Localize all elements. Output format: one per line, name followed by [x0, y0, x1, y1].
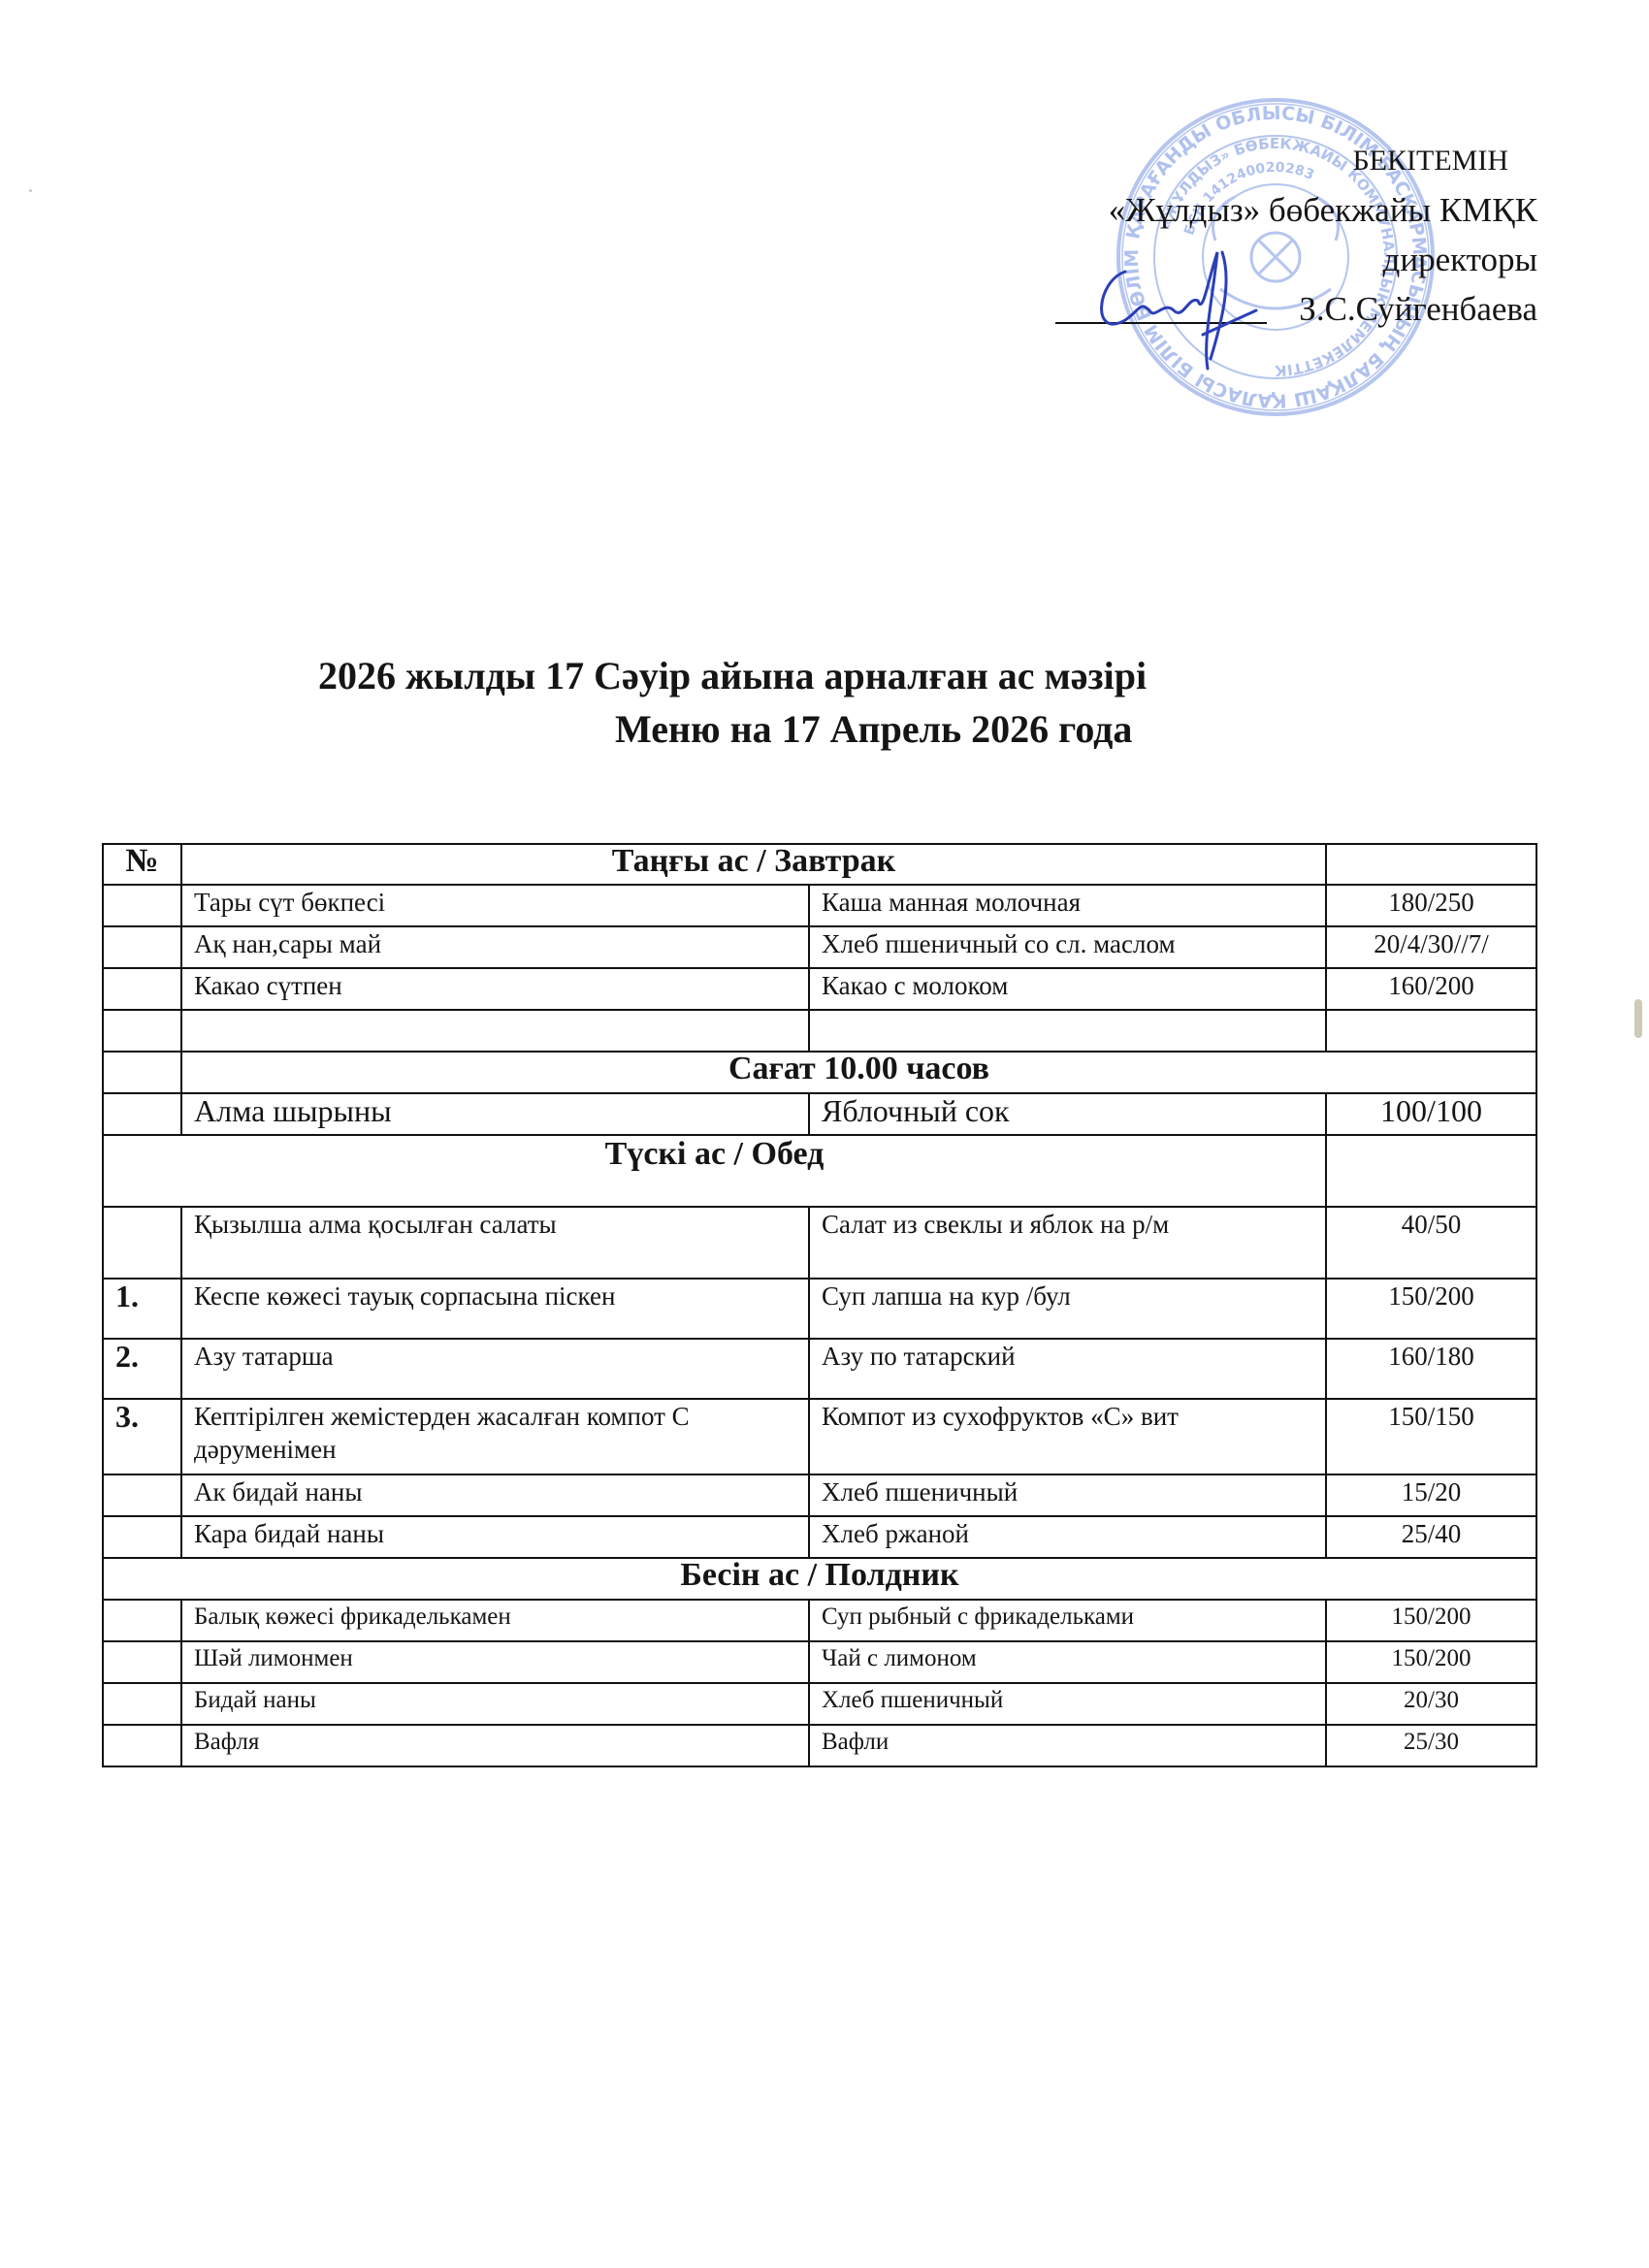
dish-kazakh: Алма шырыны [181, 1093, 809, 1135]
dish-kazakh: Вафля [181, 1725, 809, 1766]
dish-kazakh: Кеспе көжесі тауық сорпасына піскен [181, 1279, 809, 1339]
dish-kazakh: Азу татарша [181, 1339, 809, 1399]
row-number [103, 1207, 181, 1279]
dish-russian: Чай с лимоном [809, 1641, 1326, 1683]
dish-russian: Хлеб пшеничный со сл. маслом [809, 926, 1326, 968]
dish-kazakh: Балық көжесі фрикаделькамен [181, 1600, 809, 1641]
signature [1096, 243, 1280, 378]
dish-weight: 100/100 [1326, 1093, 1536, 1135]
section-snack: Сағат 10.00 часов [181, 1052, 1536, 1093]
dish-russian: Вафли [809, 1725, 1326, 1766]
table-row: Ақ нан,сары май Хлеб пшеничный со сл. ма… [103, 926, 1536, 968]
weight-cell [1326, 1135, 1536, 1207]
table-row: 2. Азу татарша Азу по татарский 160/180 [103, 1339, 1536, 1399]
row-number: 2. [103, 1339, 181, 1399]
dish-weight: 40/50 [1326, 1207, 1536, 1279]
dish-kazakh: Кара бидай наны [181, 1516, 809, 1558]
table-row: Ак бидай наны Хлеб пшеничный 15/20 [103, 1474, 1536, 1516]
dish-kazakh: Тары сүт бөкпесі [181, 885, 809, 926]
dish-russian: Азу по татарский [809, 1339, 1326, 1399]
section-afternoon: Бесін ас / Полдник [103, 1558, 1536, 1600]
dish-russian: Суп рыбный с фрикадельками [809, 1600, 1326, 1641]
row-number [103, 1600, 181, 1641]
row-number [103, 1683, 181, 1725]
dish-weight: 25/30 [1326, 1725, 1536, 1766]
section-breakfast: Таңғы ас / Завтрак [181, 844, 1326, 885]
table-row: 3. Кептірілген жемістерден жасалған комп… [103, 1399, 1536, 1474]
dish-russian: Суп лапша на кур /бул [809, 1279, 1326, 1339]
section-lunch: Түскі ас / Обед [103, 1135, 1326, 1207]
dish-kazakh: Какао сүтпен [181, 968, 809, 1010]
dish-weight: 160/200 [1326, 968, 1536, 1010]
table-row: Какао сүтпен Какао с молоком 160/200 [103, 968, 1536, 1010]
table-row: Алма шырыны Яблочный сок 100/100 [103, 1093, 1536, 1135]
dish-kazakh: Кептірілген жемістерден жасалған компот … [181, 1399, 809, 1474]
menu-title-russian: Меню на 17 Апрель 2026 года [0, 706, 1649, 752]
menu-table: № Таңғы ас / Завтрак Тары сүт бөкпесі Ка… [102, 843, 1537, 1767]
menu-title-kazakh: 2026 жылды 17 Сәуір айына арналған ас мә… [0, 653, 1649, 698]
table-row: Бидай наны Хлеб пшеничный 20/30 [103, 1683, 1536, 1725]
table-row: Шәй лимонмен Чай с лимоном 150/200 [103, 1641, 1536, 1683]
dish-kazakh: Бидай наны [181, 1683, 809, 1725]
row-number [103, 885, 181, 926]
dish-kazakh: Ақ нан,сары май [181, 926, 809, 968]
dish-kazakh: Шәй лимонмен [181, 1641, 809, 1683]
table-row: Қызылша алма қосылған салаты Салат из св… [103, 1207, 1536, 1279]
dish-russian: Хлеб ржаной [809, 1516, 1326, 1558]
row-number [103, 1052, 181, 1093]
dish-weight: 150/150 [1326, 1399, 1536, 1474]
row-number [103, 1725, 181, 1766]
number-column-header: № [103, 844, 181, 885]
dish-russian: Хлеб пшеничный [809, 1683, 1326, 1725]
dish-russian [809, 1010, 1326, 1052]
table-row: 1. Кеспе көжесі тауық сорпасына піскен С… [103, 1279, 1536, 1339]
row-number: 1. [103, 1279, 181, 1339]
dish-weight: 20/30 [1326, 1683, 1536, 1725]
row-number [103, 1010, 181, 1052]
scan-mark [29, 189, 32, 192]
table-row: Балық көжесі фрикаделькамен Суп рыбный с… [103, 1600, 1536, 1641]
dish-russian: Каша манная молочная [809, 885, 1326, 926]
afternoon-header-row: Бесін ас / Полдник [103, 1558, 1536, 1600]
weight-cell [1326, 844, 1536, 885]
table-row: Тары сүт бөкпесі Каша манная молочная 18… [103, 885, 1536, 926]
row-number [103, 1093, 181, 1135]
dish-kazakh: Ак бидай наны [181, 1474, 809, 1516]
row-number [103, 1474, 181, 1516]
row-number [103, 968, 181, 1010]
row-number [103, 926, 181, 968]
dish-weight: 25/40 [1326, 1516, 1536, 1558]
dish-kazakh: Қызылша алма қосылған салаты [181, 1207, 809, 1279]
dish-russian: Салат из свеклы и яблок на р/м [809, 1207, 1326, 1279]
dish-weight: 150/200 [1326, 1641, 1536, 1683]
row-number [103, 1641, 181, 1683]
dish-weight: 15/20 [1326, 1474, 1536, 1516]
dish-kazakh [181, 1010, 809, 1052]
dish-weight: 180/250 [1326, 885, 1536, 926]
dish-russian: Какао с молоком [809, 968, 1326, 1010]
dish-russian: Хлеб пшеничный [809, 1474, 1326, 1516]
dish-weight: 150/200 [1326, 1600, 1536, 1641]
approval-organization: «Жұлдыз» бөбекжайы КМҚК [1109, 185, 1537, 235]
table-row: Кара бидай наны Хлеб ржаной 25/40 [103, 1516, 1536, 1558]
dish-russian: Яблочный сок [809, 1093, 1326, 1135]
scan-mark [1634, 999, 1642, 1038]
snack-header-row: Сағат 10.00 часов [103, 1052, 1536, 1093]
table-row: Вафля Вафли 25/30 [103, 1725, 1536, 1766]
lunch-header-row: Түскі ас / Обед [103, 1135, 1536, 1207]
row-number: 3. [103, 1399, 181, 1474]
dish-weight [1326, 1010, 1536, 1052]
table-row-empty [103, 1010, 1536, 1052]
breakfast-header-row: № Таңғы ас / Завтрак [103, 844, 1536, 885]
dish-weight: 150/200 [1326, 1279, 1536, 1339]
dish-weight: 20/4/30//7/ [1326, 926, 1536, 968]
approval-heading: БЕКІТЕМІН [1109, 136, 1537, 185]
dish-russian: Компот из сухофруктов «С» вит [809, 1399, 1326, 1474]
dish-weight: 160/180 [1326, 1339, 1536, 1399]
row-number [103, 1516, 181, 1558]
